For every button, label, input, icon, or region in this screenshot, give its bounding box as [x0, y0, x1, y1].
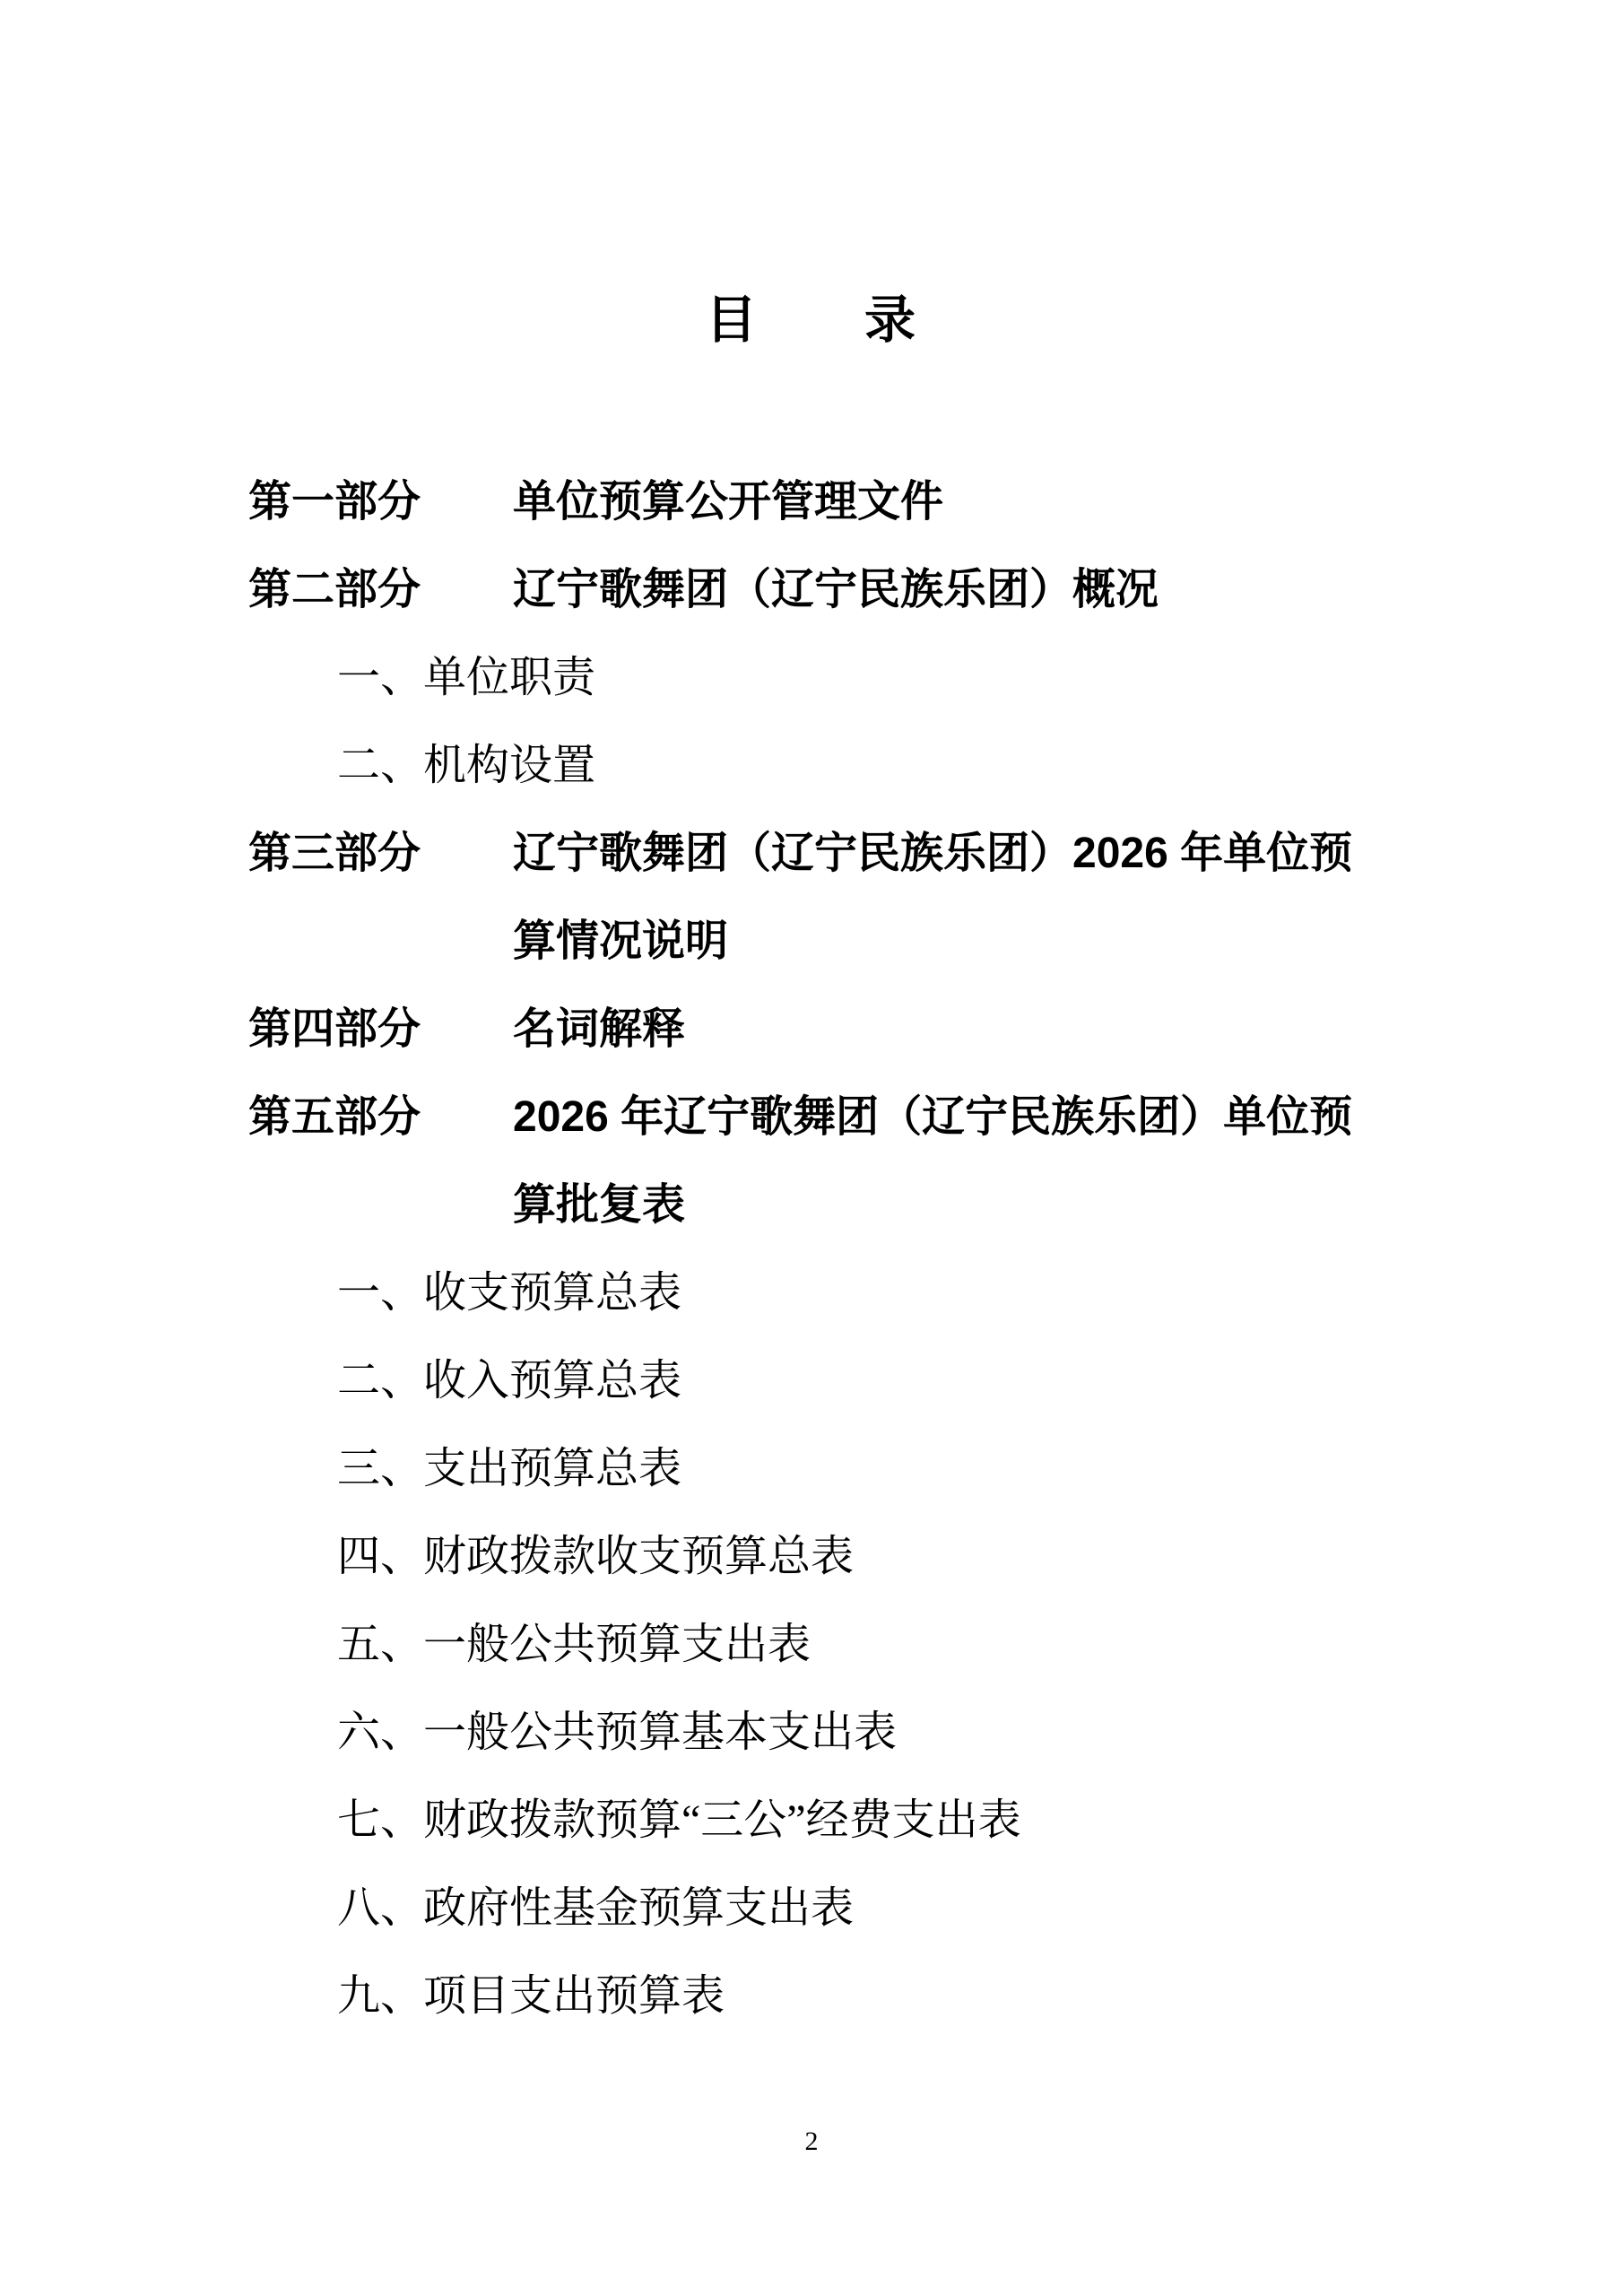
toc-item-project-expenditure: 九、项目支出预算表	[248, 1952, 1396, 2040]
toc-part-2: 第二部分 辽宁歌舞团（辽宁民族乐团）概况	[248, 546, 1396, 634]
page-number: 2	[0, 2124, 1623, 2160]
toc-part-1: 第一部分 单位预算公开管理文件	[248, 458, 1396, 546]
toc-part-label: 第四部分	[248, 986, 513, 1074]
toc-part-4: 第四部分 名词解释	[248, 986, 1396, 1074]
toc-part-line: 辽宁歌舞团（辽宁民族乐团）2026 年单位预	[513, 810, 1396, 898]
toc-item-income-summary: 二、收入预算总表	[248, 1337, 1396, 1425]
toc-part-label: 第三部分	[248, 810, 513, 898]
toc-item-budget-summary: 一、收支预算总表	[248, 1249, 1396, 1337]
toc-part-label: 第一部分	[248, 458, 513, 546]
toc-item-general-public-budget-expenditure: 五、一般公共预算支出表	[248, 1601, 1396, 1689]
toc-part-text: 单位预算公开管理文件	[513, 458, 1396, 546]
toc-part-line: 辽宁歌舞团（辽宁民族乐团）概况	[513, 546, 1396, 634]
toc-item-expenditure-summary: 三、支出预算总表	[248, 1425, 1396, 1513]
toc-part-line: 算情况说明	[513, 898, 1396, 986]
toc-part-5: 第五部分 2026 年辽宁歌舞团（辽宁民族乐团）单位预 算批复表	[248, 1074, 1396, 1249]
document-page: 目 录 第一部分 单位预算公开管理文件 第二部分 辽宁歌舞团（辽宁民族乐团）概况…	[0, 0, 1623, 2296]
toc-item-government-fund-expenditure: 八、政府性基金预算支出表	[248, 1865, 1396, 1952]
toc-part-label: 第五部分	[248, 1074, 513, 1161]
toc-part-label: 第二部分	[248, 546, 513, 634]
toc-part-text: 辽宁歌舞团（辽宁民族乐团）2026 年单位预 算情况说明	[513, 810, 1396, 986]
toc-item-general-public-budget-basic-expenditure: 六、一般公共预算基本支出表	[248, 1689, 1396, 1777]
toc-item-unit-duties: 一、单位职责	[248, 634, 1396, 722]
toc-part-text: 名词解释	[513, 986, 1396, 1074]
toc-part-line: 2026 年辽宁歌舞团（辽宁民族乐团）单位预	[513, 1074, 1396, 1161]
toc-item-org-structure: 二、机构设置	[248, 722, 1396, 810]
table-of-contents: 第一部分 单位预算公开管理文件 第二部分 辽宁歌舞团（辽宁民族乐团）概况 一、单…	[248, 458, 1396, 2040]
toc-part-line: 名词解释	[513, 986, 1396, 1074]
toc-part-text: 辽宁歌舞团（辽宁民族乐团）概况	[513, 546, 1396, 634]
toc-item-three-public-expenses: 七、财政拨款预算“三公”经费支出表	[248, 1777, 1396, 1865]
toc-part-3: 第三部分 辽宁歌舞团（辽宁民族乐团）2026 年单位预 算情况说明	[248, 810, 1396, 986]
toc-item-fiscal-appropriation-summary: 四、财政拨款收支预算总表	[248, 1513, 1396, 1601]
toc-part-line: 单位预算公开管理文件	[513, 458, 1396, 546]
page-title: 目 录	[0, 292, 1623, 350]
toc-part-text: 2026 年辽宁歌舞团（辽宁民族乐团）单位预 算批复表	[513, 1074, 1396, 1249]
toc-part-line: 算批复表	[513, 1161, 1396, 1249]
